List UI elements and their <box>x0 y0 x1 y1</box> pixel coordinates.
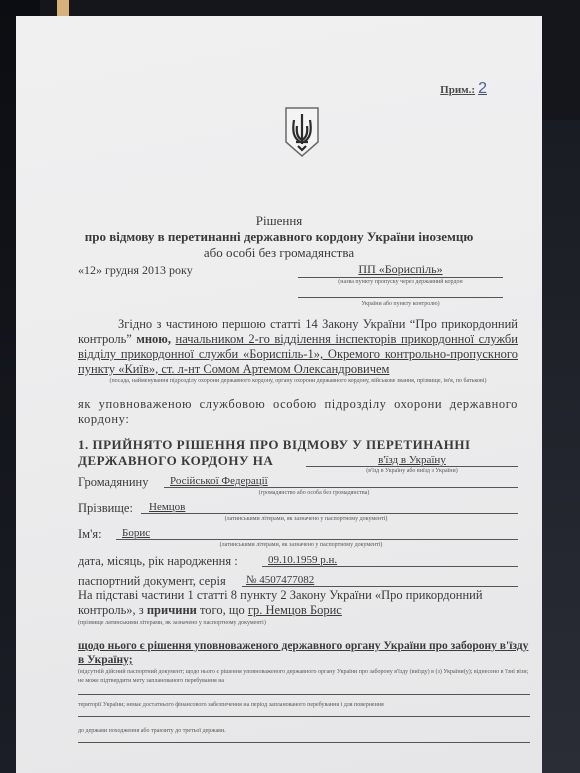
reason-basis-paragraph: На підставі частини 1 статті 8 пункту 2 … <box>78 588 518 618</box>
document-date: «12» грудня 2013 року <box>78 263 193 278</box>
citizenship-field: Російської Федерації <box>164 475 518 488</box>
checkpoint-field: ПП «Бориспіль» <box>298 262 503 278</box>
authority-paragraph: як уповноваженою службовою особою підроз… <box>78 397 518 427</box>
passport-field: № 4507477082 <box>242 574 518 587</box>
surname-label: Прізвище: <box>78 501 133 516</box>
checkpoint-caption-2: України або пункту контролю) <box>298 301 503 307</box>
name-label: Ім'я: <box>78 527 102 542</box>
direction-caption: (в'їзд в Україну або виїзд з України) <box>306 468 518 474</box>
annex-label: Прим.:2 <box>440 80 487 98</box>
checkpoint-line-2 <box>298 297 503 298</box>
background-right <box>540 120 580 773</box>
basis-bold: причини <box>147 603 197 617</box>
reason-options-3: до держави походження або транзиту до тр… <box>78 728 530 743</box>
officer-caption: (посада, найменування підрозділу охорони… <box>78 378 518 384</box>
reason-person: гр. Немцов Борис <box>248 603 342 617</box>
basis-tail: того, що <box>197 603 248 617</box>
title-line-3: або особі без громадянства <box>16 245 542 261</box>
reason-text: щодо нього є рішення уповноваженого держ… <box>78 639 530 667</box>
reason-options-1: (відсутній дійсний паспортний документ; … <box>78 668 530 695</box>
document-page: Прим.:2 Рішення про відмову в перетинанн… <box>16 16 542 773</box>
direction-field: в'їзд в Україну <box>306 454 518 467</box>
annex-number: 2 <box>478 80 487 97</box>
passport-label: паспортний документ, серія <box>78 574 226 589</box>
coat-of-arms-icon <box>284 106 320 158</box>
reason-options-2: території України; немає достатнього фін… <box>78 702 530 717</box>
dob-label: дата, місяць, рік народження : <box>78 554 238 569</box>
name-field: Борис <box>116 527 518 540</box>
citizen-label: Громадянину <box>78 475 149 490</box>
dob-field: 09.10.1959 р.н. <box>262 554 518 567</box>
surname-caption: (латинськими літерами, як зазначено у па… <box>141 516 471 522</box>
title-line-2: про відмову в перетинанні державного кор… <box>16 229 542 245</box>
name-caption: (латинськими літерами, як зазначено у па… <box>136 542 466 548</box>
reason-caption: (прізвище латинськими літерами, як зазна… <box>78 620 338 626</box>
annex-label-text: Прим.: <box>440 84 475 96</box>
para1-me: мною, <box>136 332 175 346</box>
checkpoint-caption: (назва пункту пропуску через державний к… <box>298 279 503 285</box>
legal-basis-paragraph: Згідно з частиною першою статті 14 Закон… <box>78 317 518 377</box>
citizenship-caption: (громадянство або особа без громадянства… <box>164 490 464 496</box>
surname-field: Немцов <box>141 501 518 514</box>
title-line-1: Рішення <box>16 213 542 229</box>
